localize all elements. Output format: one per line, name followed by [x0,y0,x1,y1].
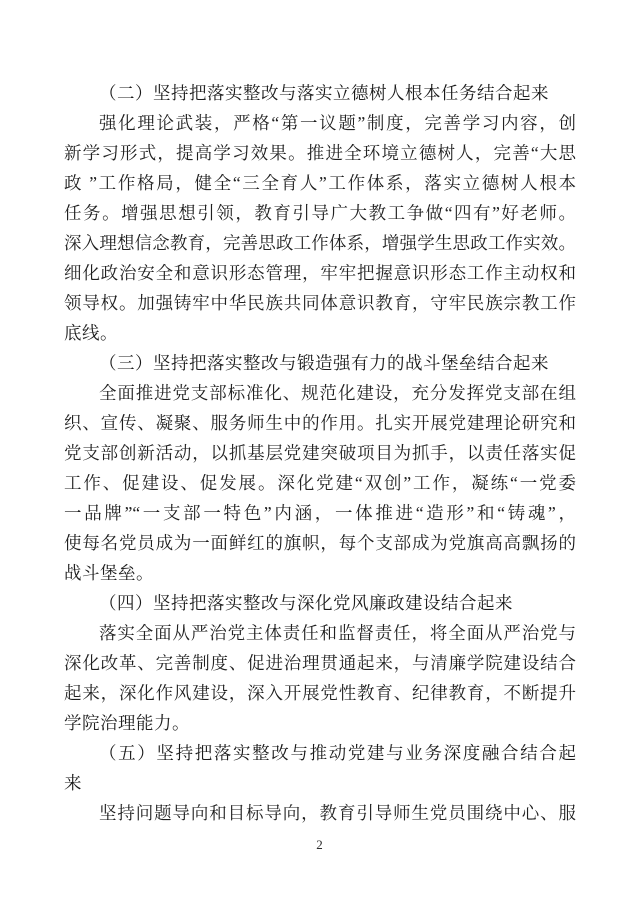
section-heading: （三）坚持把落实整改与锻造强有力的战斗堡垒结合起来 [64,348,576,378]
paragraph: 强化理论武装，严格“第一议题”制度，完善学习内容，创新学习形式，提高学习效果。推… [64,108,576,348]
document-page: （二）坚持把落实整改与落实立德树人根本任务结合起来强化理论武装，严格“第一议题”… [0,0,639,905]
paragraph: 落实全面从严治党主体责任和监督责任，将全面从严治党与深化改革、完善制度、促进治理… [64,618,576,738]
text-line: 工作、促建设、促发展。深化党建“双创”工作，凝练“一党委 [64,468,576,498]
text-line: 学院治理能力。 [64,708,576,738]
text-line: 深入理想信念教育，完善思政工作体系，增强学生思政工作实效。 [64,228,576,258]
text-line: 领导权。加强铸牢中华民族共同体意识教育，守牢民族宗教工作 [64,288,576,318]
section-heading: （二）坚持把落实整改与落实立德树人根本任务结合起来 [64,78,576,108]
text-line: 战斗堡垒。 [64,558,576,588]
paragraph: 全面推进党支部标准化、规范化建设，充分发挥党支部在组织、宣传、凝聚、服务师生中的… [64,378,576,588]
paragraph: 坚持问题导向和目标导向，教育引导师生党员围绕中心、服 [64,798,576,828]
text-line: 坚持问题导向和目标导向，教育引导师生党员围绕中心、服 [64,798,576,828]
text-line: 落实全面从严治党主体责任和监督责任，将全面从严治党与 [64,618,576,648]
text-line: （二）坚持把落实整改与落实立德树人根本任务结合起来 [64,78,576,108]
text-line: 深化改革、完善制度、促进治理贯通起来，与清廉学院建设结合 [64,648,576,678]
text-line: 任务。增强思想引领，教育引导广大教工争做“四有”好老师。 [64,198,576,228]
page-number: 2 [0,835,639,855]
text-line: 起来，深化作风建设，深入开展党性教育、纪律教育，不断提升 [64,678,576,708]
text-line: 使每名党员成为一面鲜红的旗帜，每个支部成为党旗高高飘扬的 [64,528,576,558]
text-line: 新学习形式，提高学习效果。推进全环境立德树人，完善“大思 [64,138,576,168]
text-line: 一品牌”“一支部一特色”内涵，一体推进“造形”和“铸魂”， [64,498,576,528]
text-line: 党支部创新活动，以抓基层党建突破项目为抓手，以责任落实促 [64,438,576,468]
text-line: 织、宣传、凝聚、服务师生中的作用。扎实开展党建理论研究和 [64,408,576,438]
text-line: 全面推进党支部标准化、规范化建设，充分发挥党支部在组 [64,378,576,408]
text-line: 强化理论武装，严格“第一议题”制度，完善学习内容，创 [64,108,576,138]
text-line: 政 ”工作格局，健全“三全育人”工作体系，落实立德树人根本 [64,168,576,198]
text-line: 细化政治安全和意识形态管理，牢牢把握意识形态工作主动权和 [64,258,576,288]
section-heading: （五）坚持把落实整改与推动党建与业务深度融合结合起来 [64,738,576,798]
text-line: （三）坚持把落实整改与锻造强有力的战斗堡垒结合起来 [64,348,576,378]
text-line: 底线。 [64,318,576,348]
section-heading: （四）坚持把落实整改与深化党风廉政建设结合起来 [64,588,576,618]
text-line: （四）坚持把落实整改与深化党风廉政建设结合起来 [64,588,576,618]
text-line: 来 [64,768,576,798]
text-line: （五）坚持把落实整改与推动党建与业务深度融合结合起 [64,738,576,768]
document-body: （二）坚持把落实整改与落实立德树人根本任务结合起来强化理论武装，严格“第一议题”… [64,78,576,828]
